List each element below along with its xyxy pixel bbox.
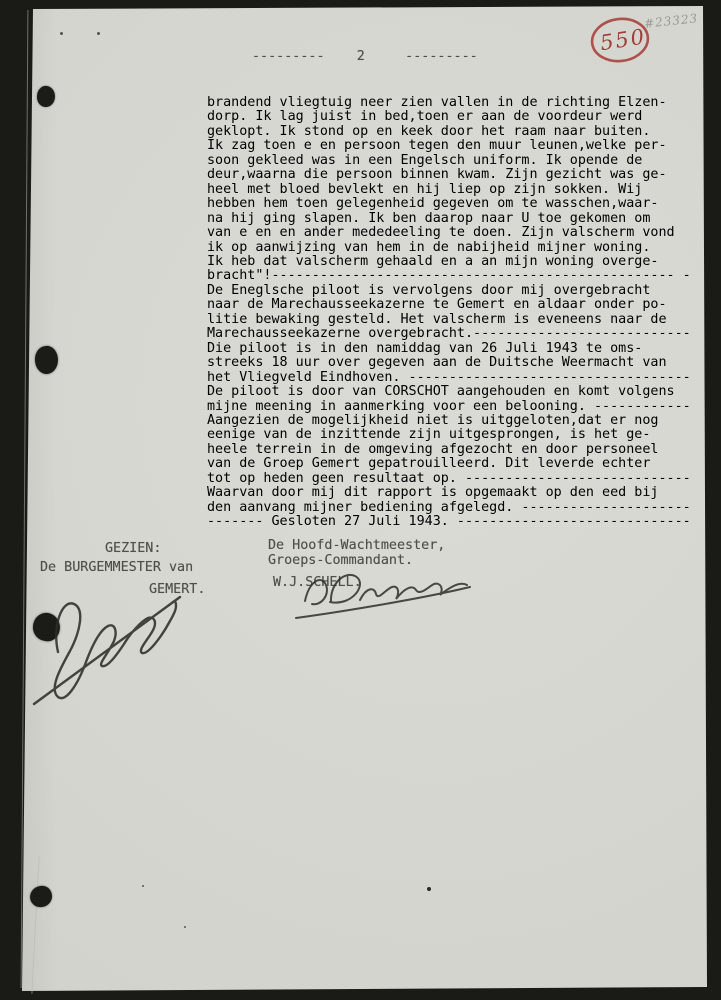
handwriting-layer (0, 0, 721, 1000)
mayor-signature (34, 597, 180, 704)
red-circle-annotation (590, 16, 651, 65)
schell-signature (296, 575, 470, 618)
scanned-document: --------- 2 --------- brandend vliegtuig… (0, 0, 721, 1000)
